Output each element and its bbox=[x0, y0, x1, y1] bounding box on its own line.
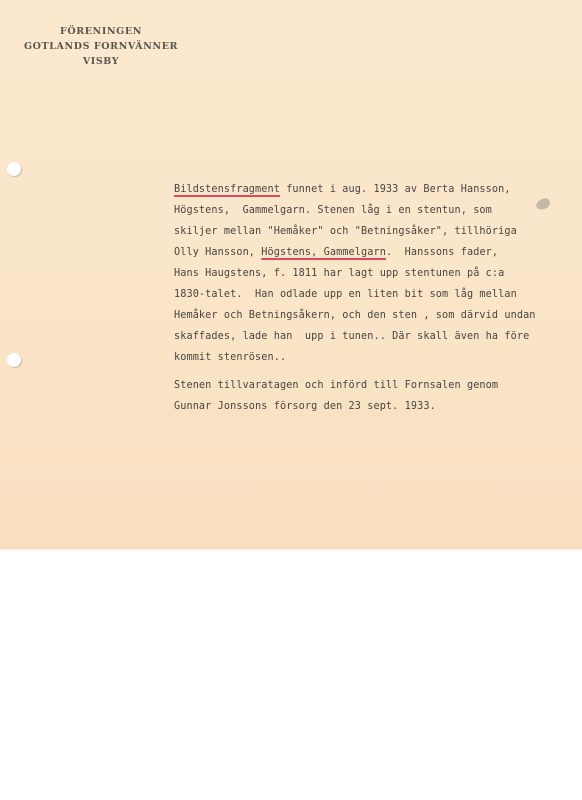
text-segment: Gunnar Jonssons försorg den 23 sept. 193… bbox=[174, 401, 436, 412]
letterhead-line-1: FÖRENINGEN bbox=[0, 24, 202, 39]
text-line: skiljer mellan "Hemåker" och "Betningsåk… bbox=[174, 226, 517, 237]
text-segment: 1830-talet. Han odlade upp en liten bit … bbox=[174, 289, 517, 300]
ink-smudge bbox=[535, 197, 552, 211]
text-line: Gunnar Jonssons försorg den 23 sept. 193… bbox=[174, 401, 436, 412]
underlined-text: Högstens, Gammelgarn bbox=[261, 247, 386, 258]
text-line: Olly Hansson, Högstens, Gammelgarn. Hans… bbox=[174, 247, 498, 258]
text-line: Högstens, Gammelgarn. Stenen låg i en st… bbox=[174, 205, 492, 216]
text-segment: funnet i aug. 1933 av Berta Hansson, bbox=[280, 184, 511, 195]
text-line: 1830-talet. Han odlade upp en liten bit … bbox=[174, 289, 517, 300]
text-segment: skaffades, lade han upp i tunen.. Där sk… bbox=[174, 331, 529, 342]
text-line: Bildstensfragment funnet i aug. 1933 av … bbox=[174, 184, 511, 195]
underlined-text: Bildstensfragment bbox=[174, 184, 280, 195]
text-line: Stenen tillvaratagen och införd till For… bbox=[174, 380, 498, 391]
text-segment: Hemåker och Betningsåkern, och den sten … bbox=[174, 310, 536, 321]
letterhead: FÖRENINGEN GOTLANDS FORNVÄNNER VISBY bbox=[0, 24, 202, 69]
text-segment: . Hanssons fader, bbox=[386, 247, 498, 258]
punch-hole bbox=[7, 353, 21, 367]
text-line: kommit stenrösen.. bbox=[174, 352, 286, 363]
punch-hole bbox=[7, 162, 21, 176]
text-segment: Högstens, Gammelgarn. Stenen låg i en st… bbox=[174, 205, 492, 216]
text-line: skaffades, lade han upp i tunen.. Där sk… bbox=[174, 331, 529, 342]
text-line: Hemåker och Betningsåkern, och den sten … bbox=[174, 310, 536, 321]
text-line: Hans Haugstens, f. 1811 har lagt upp ste… bbox=[174, 268, 504, 279]
text-segment: Olly Hansson, bbox=[174, 247, 261, 258]
text-segment: kommit stenrösen.. bbox=[174, 352, 286, 363]
text-segment: Hans Haugstens, f. 1811 har lagt upp ste… bbox=[174, 268, 504, 279]
text-segment: Stenen tillvaratagen och införd till For… bbox=[174, 380, 498, 391]
document-page: FÖRENINGEN GOTLANDS FORNVÄNNER VISBY Bil… bbox=[0, 0, 582, 548]
letterhead-line-3: VISBY bbox=[0, 54, 202, 69]
letterhead-line-2: GOTLANDS FORNVÄNNER bbox=[0, 39, 202, 54]
text-segment: skiljer mellan "Hemåker" och "Betningsåk… bbox=[174, 226, 517, 237]
